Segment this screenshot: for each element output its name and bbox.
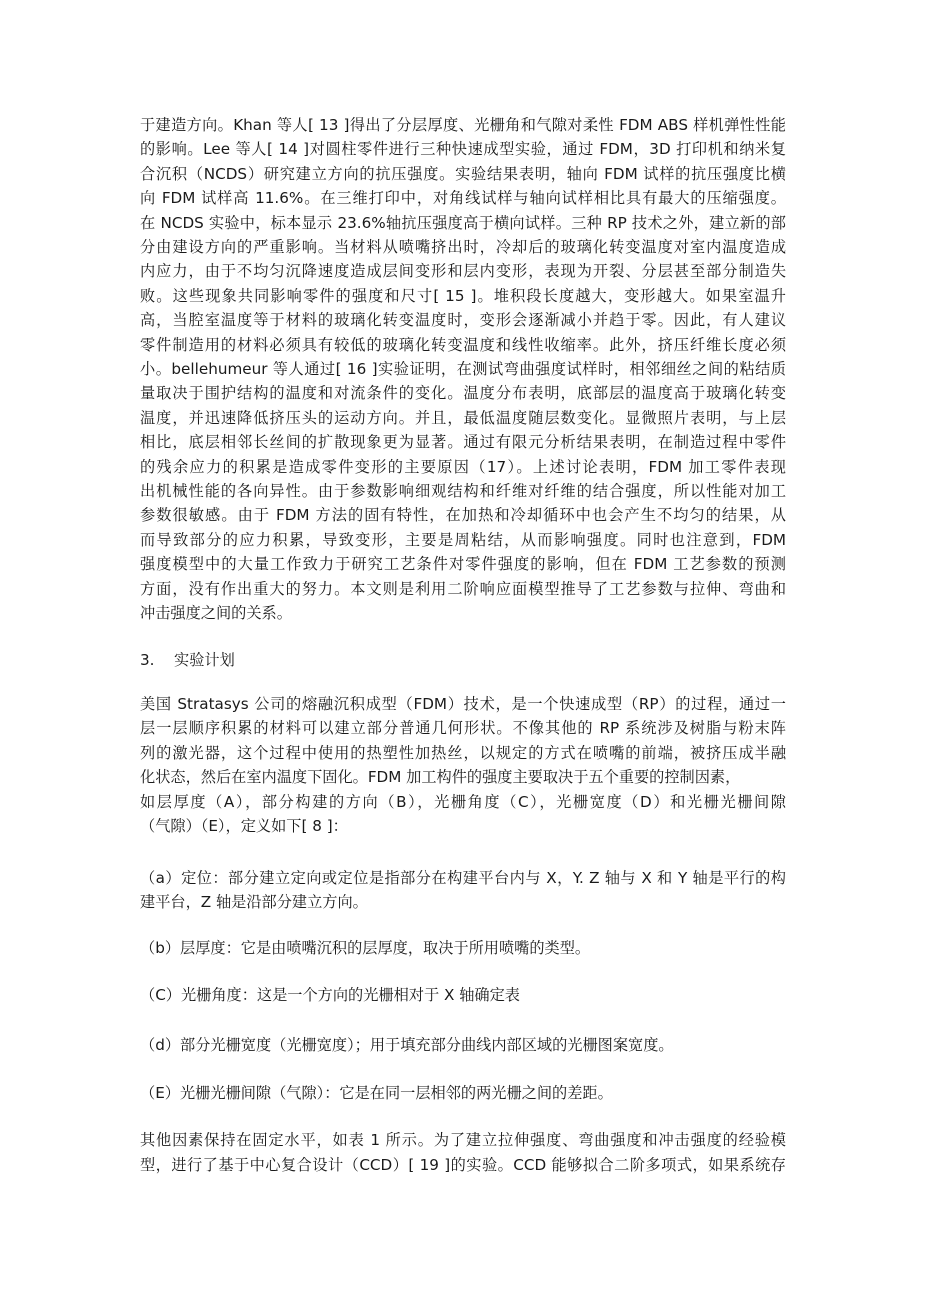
text-line: 高，当腔室温度等于材料的玻璃化转变温度时，变形会逐渐减小并趋于零。因此，有人建议 [140, 308, 786, 332]
text-line: 建平台，Z 轴是沿部分建立方向。 [140, 890, 786, 914]
text-line: 内应力，由于不均匀沉降速度造成层间变形和层内变形，表现为开裂、分层甚至部分制造失 [140, 259, 786, 283]
text-line: （d）部分光栅宽度（光栅宽度）；用于填充部分曲线内部区域的光栅图案宽度。 [140, 1033, 786, 1057]
text-line: 于建造方向。Khan 等人[ 13 ]得出了分层厚度、光栅角和气隙对柔性 FDM… [140, 113, 786, 137]
text-line: 在 NCDS 实验中，标本显示 23.6%轴抗压强度高于横向试样。三种 RP 技… [140, 211, 786, 235]
section-number: 3. [140, 648, 174, 672]
text-line: 量取决于围护结构的温度和对流条件的变化。温度分布表明，底部层的温度高于玻璃化转变 [140, 381, 786, 405]
text-line: 列的激光器，这个过程中使用的热塑性加热丝，以规定的方式在喷嘴的前端，被挤压成半融 [140, 741, 786, 765]
text-line: 如层厚度（A），部分构建的方向（B），光栅角度（C），光栅宽度（D）和光栅光栅间… [140, 790, 786, 814]
text-line: （a）定位：部分建立定向或定位是指部分在构建平台内与 X，Y. Z 轴与 X 和… [140, 866, 786, 890]
text-line: 参数很敏感。由于 FDM 方法的固有特性，在加热和冷却循环中也会产生不均匀的结果… [140, 503, 786, 527]
text-line: 出机械性能的各向异性。由于参数影响细观结构和纤维对纤维的结合强度，所以性能对加工 [140, 479, 786, 503]
text-line: 美国 Stratasys 公司的熔融沉积成型（FDM）技术，是一个快速成型（RP… [140, 692, 786, 716]
text-line: 小。bellehumeur 等人通过[ 16 ]实验证明，在测试弯曲强度试样时，… [140, 357, 786, 381]
text-line: 合沉积（NCDS）研究建立方向的抗压强度。实验结果表明，轴向 FDM 试样的抗压… [140, 162, 786, 186]
text-line: 化状态，然后在室内温度下固化。FDM 加工构件的强度主要取决于五个重要的控制因素… [140, 765, 786, 789]
text-line: 冲击强度之间的关系。 [140, 601, 786, 625]
text-line: 相比，底层相邻长丝间的扩散现象更为显著。通过有限元分析结果表明，在制造过程中零件 [140, 430, 786, 454]
text-line: 的影响。Lee 等人[ 14 ]对圆柱零件进行三种快速成型实验，通过 FDM，3… [140, 137, 786, 161]
text-line: 败。这些现象共同影响零件的强度和尺寸[ 15 ]。堆积段长度越大，变形越大。如果… [140, 284, 786, 308]
text-line: 方面，没有作出重大的努力。本文则是利用二阶响应面模型推导了工艺参数与拉伸、弯曲和 [140, 577, 786, 601]
text-line: 而导致部分的应力积累，导致变形，主要是周粘结，从而影响强度。同时也注意到，FDM [140, 528, 786, 552]
text-line: （气隙）（E），定义如下[ 8 ]： [140, 814, 786, 838]
text-line: 强度模型中的大量工作致力于研究工艺条件对零件强度的影响，但在 FDM 工艺参数的… [140, 552, 786, 576]
text-line: 型，进行了基于中心复合设计（CCD）[ 19 ]的实验。CCD 能够拟合二阶多项… [140, 1153, 786, 1177]
text-line: 分由建设方向的严重影响。当材料从喷嘴挤出时，冷却后的玻璃化转变温度对室内温度造成 [140, 235, 786, 259]
text-line: 的残余应力的积累是造成零件变形的主要原因（17）。上述讨论表明，FDM 加工零件… [140, 455, 786, 479]
section-title: 实验计划 [174, 651, 235, 669]
text-line: 零件制造用的材料必须具有较低的玻璃化转变温度和线性收缩率。此外，挤压纤维长度必须 [140, 333, 786, 357]
text-line: 其他因素保持在固定水平，如表 1 所示。为了建立拉伸强度、弯曲强度和冲击强度的经… [140, 1128, 786, 1152]
section-heading: 3.实验计划 [140, 648, 235, 672]
text-line: （C）光栅角度：这是一个方向的光栅相对于 X 轴确定表 [140, 983, 786, 1007]
text-line: （b）层厚度：它是由喷嘴沉积的层厚度，取决于所用喷嘴的类型。 [140, 936, 786, 960]
text-line: 温度，并迅速降低挤压头的运动方向。并且，最低温度随层数变化。显微照片表明，与上层 [140, 406, 786, 430]
text-line: 层一层顺序积累的材料可以建立部分普通几何形状。不像其他的 RP 系统涉及树脂与粉… [140, 716, 786, 740]
text-line: 向 FDM 试样高 11.6%。在三维打印中，对角线试样与轴向试样相比具有最大的… [140, 186, 786, 210]
text-line: （E）光栅光栅间隙（气隙）：它是在同一层相邻的两光栅之间的差距。 [140, 1081, 786, 1105]
